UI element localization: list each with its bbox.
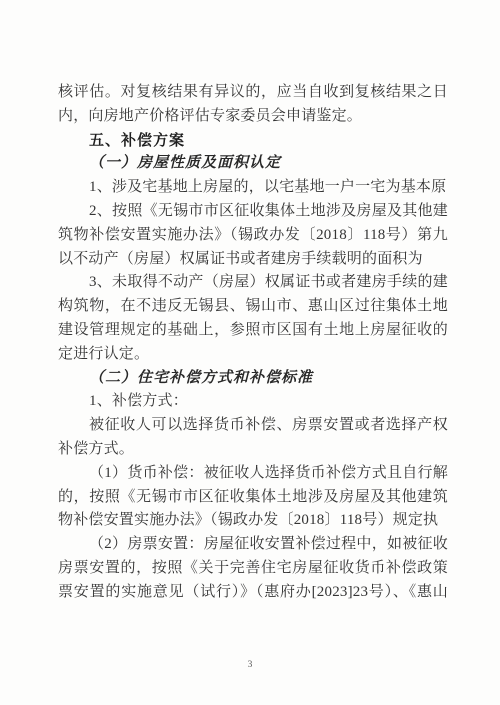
body-line: 核评估。对复核结果有异议的，应当自收到复核结果之日起10日 [58, 81, 448, 105]
body-line: 构筑物，在不违反无锡县、锡山市、惠山区过往集体土地上房屋 [58, 295, 448, 319]
body-line: 2、按照《无锡市市区征收集体土地涉及房屋及其他建筑物构 [58, 200, 448, 224]
body-line: （1）货币补偿：被征收人选择货币补偿方式且自行解决住房 [58, 462, 448, 486]
body-line: 以不动产（房屋）权属证书或者建房手续载明的面积为准。 [58, 248, 448, 272]
document-body: 核评估。对复核结果有异议的，应当自收到复核结果之日起10日 内，向房地产价格评估… [58, 81, 448, 605]
body-line: 内，向房地产价格评估专家委员会申请鉴定。 [58, 105, 448, 129]
body-line: 票安置的实施意见（试行）》（惠府办[2023]23号）、《惠山区房 [58, 581, 448, 605]
body-line: 筑物补偿安置实施办法》（锡政办发〔2018〕118号）第九条执行： [58, 224, 448, 248]
body-line: 1、补偿方式： [58, 390, 448, 414]
subsection-heading: （一）房屋性质及面积认定 [58, 152, 448, 176]
subsection-heading: （二）住宅补偿方式和补偿标准 [58, 367, 448, 391]
body-line: 被征收人可以选择货币补偿、房票安置或者选择产权调换的 [58, 414, 448, 438]
body-line: 补偿方式。 [58, 438, 448, 462]
section-heading: 五、补偿方案 [58, 129, 448, 153]
body-line: 定进行认定。 [58, 343, 448, 367]
body-line: （2）房票安置：房屋征收安置补偿过程中，如被征收人选择 [58, 533, 448, 557]
body-line: 物补偿安置实施办法》（锡政办发〔2018〕118号）规定执行。 [58, 509, 448, 533]
body-line: 的，按照《无锡市市区征收集体土地涉及房屋及其他建筑物构筑 [58, 486, 448, 510]
body-line: 房票安置的，按照《关于完善住宅房屋征收货币补偿政策推行房 [58, 557, 448, 581]
body-line: 1、涉及宅基地上房屋的，以宅基地一户一宅为基本原则。 [58, 176, 448, 200]
page-number: 3 [0, 660, 500, 670]
document-page: 核评估。对复核结果有异议的，应当自收到复核结果之日起10日 内，向房地产价格评估… [0, 0, 500, 705]
body-line: 3、未取得不动产（房屋）权属证书或者建房手续的建筑物、 [58, 271, 448, 295]
body-line: 建设管理规定的基础上，参照市区国有土地上房屋征收的有关规 [58, 319, 448, 343]
